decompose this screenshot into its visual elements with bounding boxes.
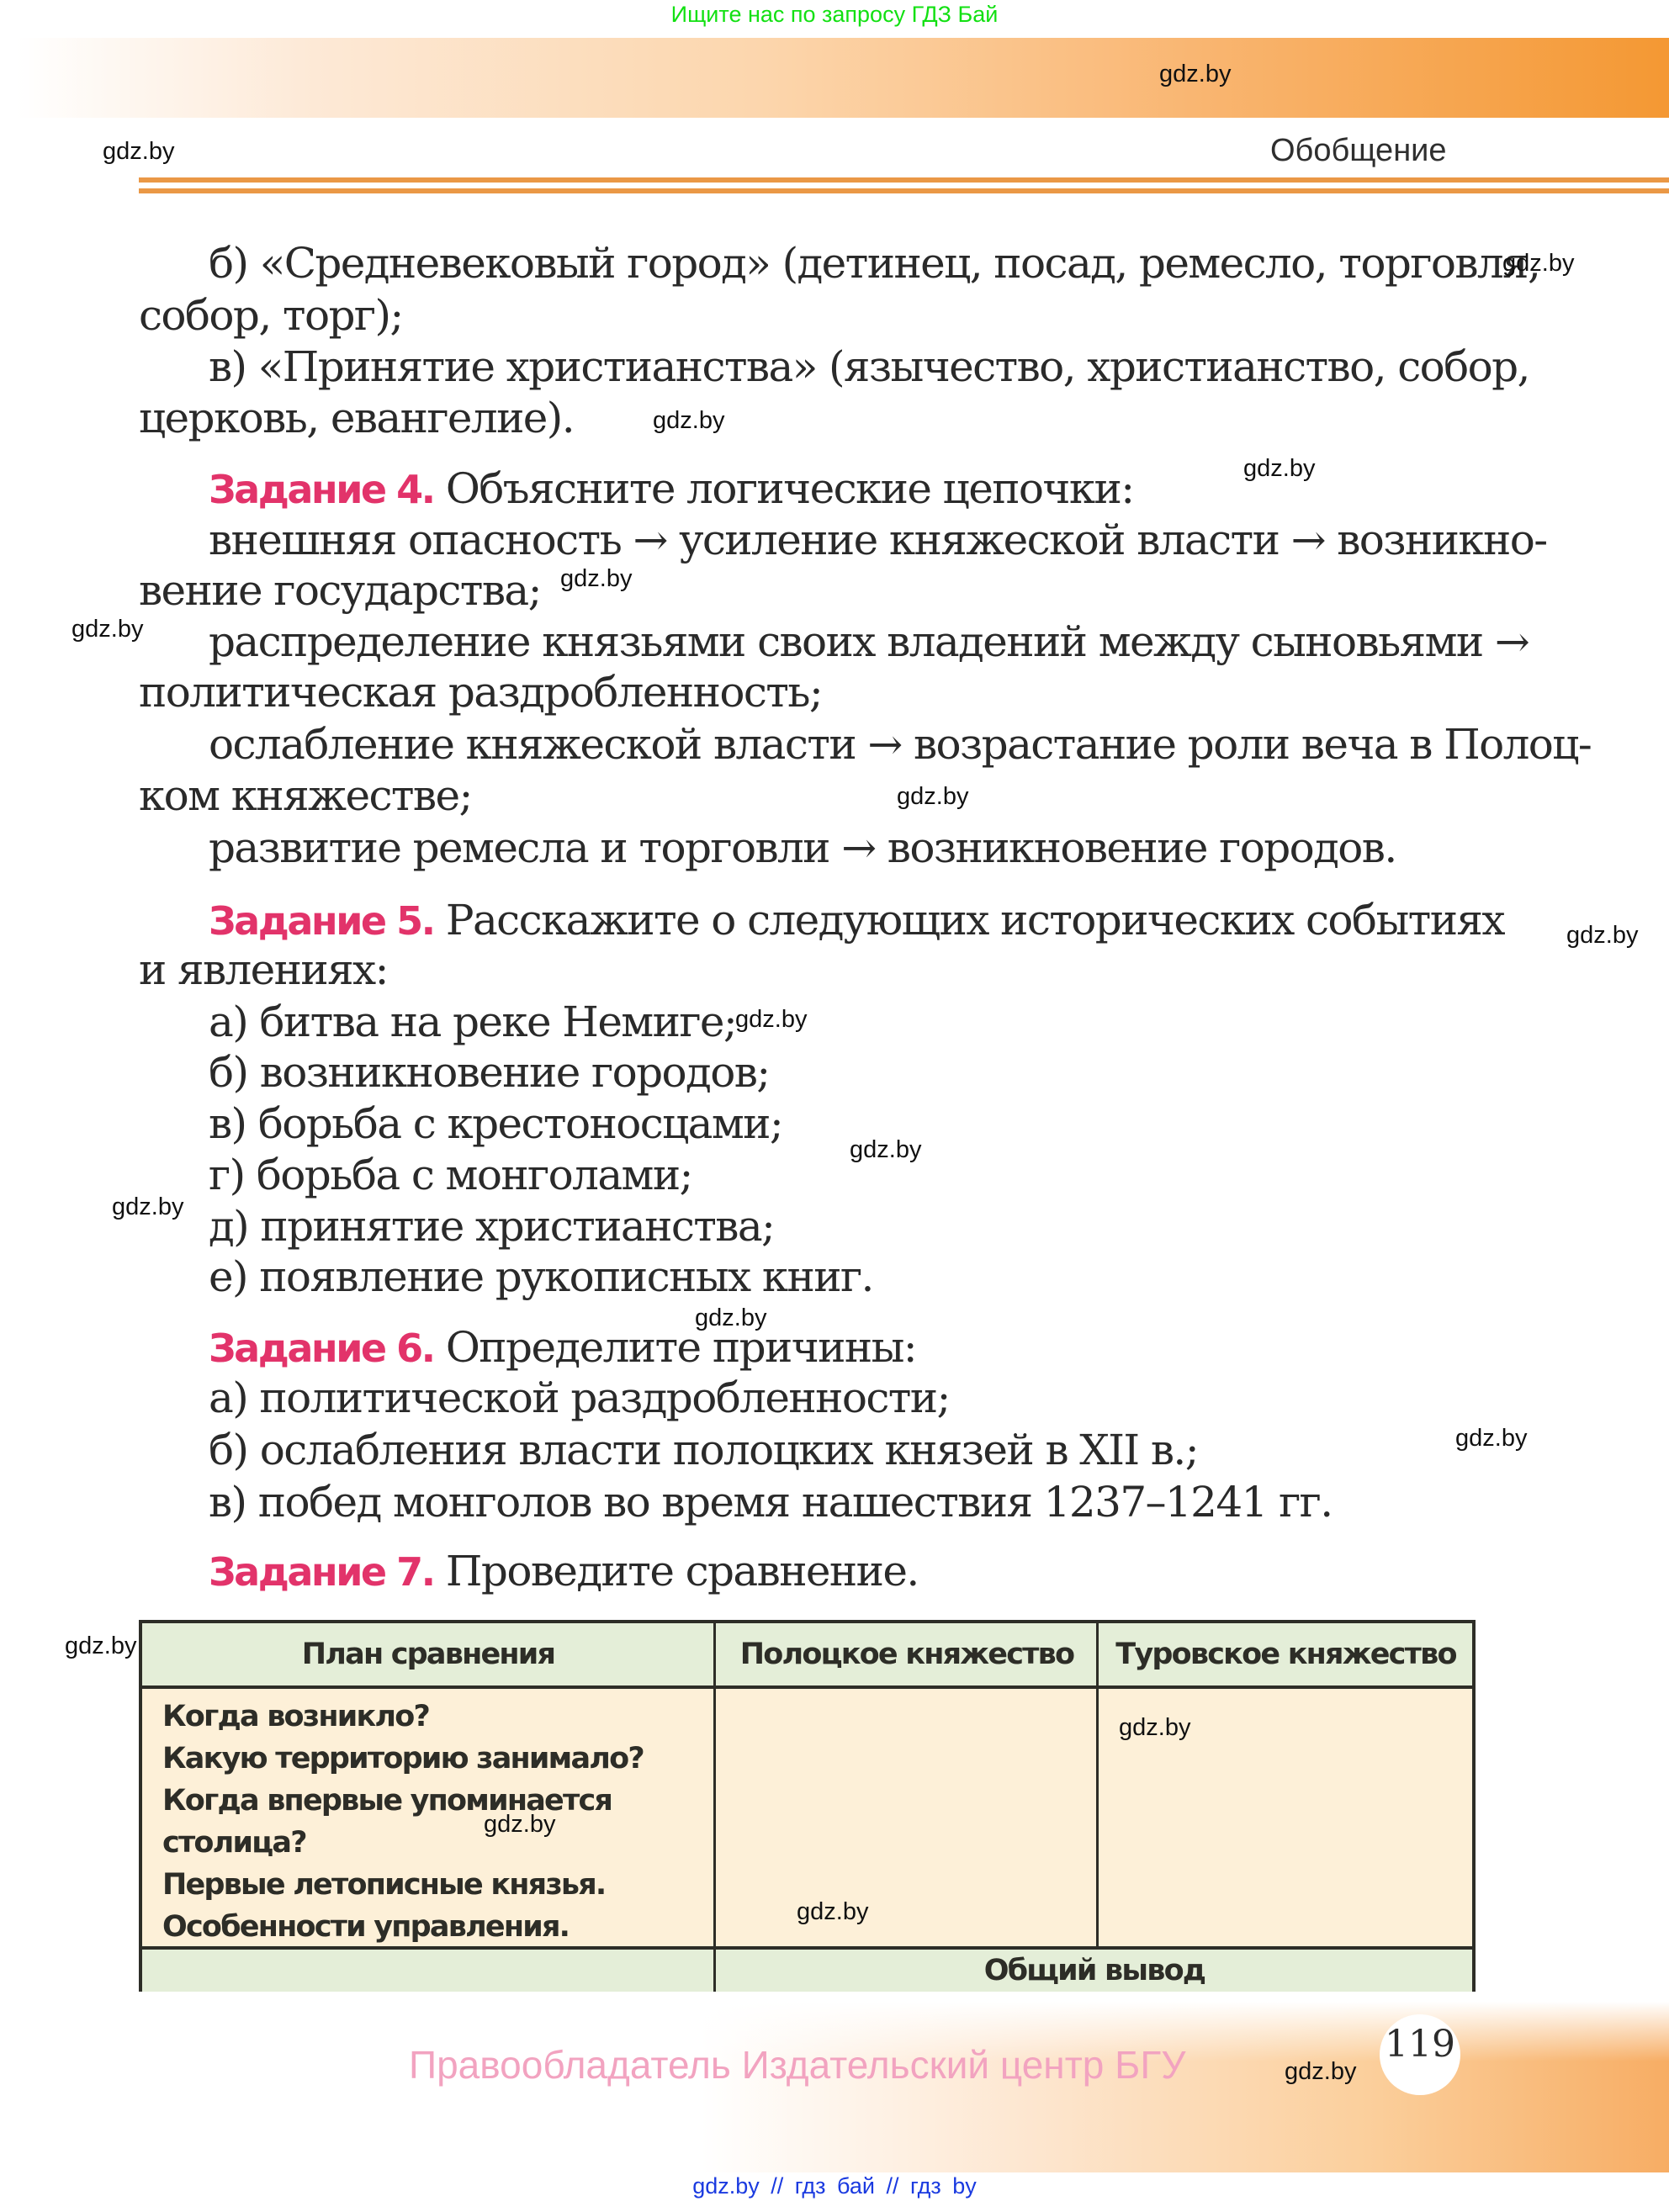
watermark: gdz.by (65, 1633, 136, 1660)
list-item: б) ослабления власти полоцких князей в X… (209, 1425, 1538, 1475)
watermark: gdz.by (850, 1136, 921, 1164)
watermark: gdz.by (797, 1898, 868, 1926)
plan-item: Первые летописные князья. (162, 1864, 644, 1906)
watermark: gdz.by (112, 1193, 183, 1221)
task-4-heading: Задание 4. Объясните логические цепочки: (209, 463, 1538, 515)
task-label: Задание 5. (209, 898, 434, 944)
watermark: gdz.by (735, 1006, 807, 1034)
watermark: gdz.by (1243, 455, 1315, 483)
watermark: gdz.by (1502, 250, 1574, 278)
watermark: gdz.by (560, 565, 632, 593)
list-item: а) политической раздробленности; (209, 1373, 1538, 1423)
task-7-heading: Задание 7. Проведите сравнение. (209, 1546, 1538, 1597)
list-item: а) битва на реке Немиге; (209, 997, 1538, 1047)
text-line: ком княжестве; (139, 770, 1468, 821)
text-line: собор, торг); (139, 290, 1468, 341)
watermark: gdz.by (1159, 61, 1231, 88)
text-line: б) «Средневековый город» (детинец, посад… (209, 238, 1468, 288)
watermark: gdz.by (695, 1304, 766, 1332)
page-number: 119 (1380, 2023, 1460, 2066)
column-header-plan: План сравнения (142, 1623, 714, 1685)
text-line: в) «Принятие христианства» (язычество, х… (209, 341, 1468, 392)
page-number-badge: 119 (1380, 2014, 1460, 2095)
list-item: д) принятие христианства; (209, 1201, 1538, 1252)
watermark: gdz.by (72, 616, 143, 643)
plan-item: Какую территорию занимало? (162, 1738, 644, 1780)
text-line: развитие ремесла и торговли → возникнове… (209, 823, 1538, 873)
table-header-row: План сравнения Полоцкое княжество Туровс… (142, 1623, 1472, 1689)
task-label: Задание 6. (209, 1326, 434, 1371)
header-rule (139, 177, 1669, 183)
task-prompt: Объясните логические цепочки: (434, 464, 1134, 513)
polotsk-cell (717, 1689, 1097, 1946)
plan-item: столица? (162, 1822, 644, 1864)
general-conclusion-label: Общий вывод (717, 1950, 1472, 1992)
task-6-heading: Задание 6. Определите причины: (209, 1322, 1538, 1373)
text-line: внешняя опасность → усиление княжеской в… (209, 515, 1468, 565)
watermark: gdz.by (1285, 2058, 1356, 2086)
bottom-links[interactable]: gdz.by // гдз бай // гдз by (0, 2173, 1669, 2199)
text-line: ослабление княжеской власти → возрастани… (209, 719, 1468, 770)
comparison-table: План сравнения Полоцкое княжество Туровс… (139, 1620, 1476, 1992)
watermark: gdz.by (897, 783, 968, 811)
task-5-heading: Задание 5. Расскажите о следующих истори… (209, 895, 1468, 946)
plan-item: Особенности управления. (162, 1906, 644, 1948)
task-prompt: Расскажите о следующих исторических собы… (434, 896, 1504, 945)
plan-list: Когда возникло? Какую территорию занимал… (162, 1696, 644, 1948)
column-divider (713, 1623, 716, 1992)
watermark: gdz.by (103, 138, 174, 166)
task-prompt: Проведите сравнение. (434, 1547, 919, 1595)
text-line: церковь, евангелие). (139, 393, 1468, 443)
plan-item: Когда впервые упоминается (162, 1780, 644, 1822)
column-header-turov: Туровское княжество (1099, 1623, 1472, 1685)
list-item: е) появление рукописных книг. (209, 1252, 1538, 1302)
section-title: Обобщение (1270, 133, 1447, 169)
column-divider (1096, 1623, 1099, 1946)
watermark: gdz.by (1455, 1425, 1527, 1453)
task-label: Задание 4. (209, 467, 434, 512)
column-header-polotsk: Полоцкое княжество (717, 1623, 1097, 1685)
list-item: в) побед монголов во время нашествия 123… (209, 1477, 1538, 1527)
text-line: и явлениях: (139, 945, 1468, 995)
table-footer-row: Общий вывод (142, 1946, 1472, 1992)
watermark: gdz.by (653, 407, 724, 435)
watermark: gdz.by (1566, 922, 1638, 950)
search-banner[interactable]: Ищите нас по запросу ГДЗ Бай (0, 2, 1669, 28)
copyright-notice: Правообладатель Издательский центр БГУ (409, 2042, 1185, 2088)
task-prompt: Определите причины: (434, 1323, 916, 1372)
text-line: вение государства; (139, 565, 1468, 616)
watermark: gdz.by (1119, 1714, 1190, 1742)
text-line: распределение князьями своих владений ме… (209, 617, 1468, 667)
header-rule (139, 188, 1669, 193)
plan-item: Когда возникло? (162, 1696, 644, 1738)
list-item: б) возникновение городов; (209, 1047, 1538, 1098)
text-line: политическая раздробленность; (139, 667, 1468, 717)
watermark: gdz.by (484, 1811, 555, 1839)
header-band (17, 38, 1669, 118)
task-label: Задание 7. (209, 1549, 434, 1595)
